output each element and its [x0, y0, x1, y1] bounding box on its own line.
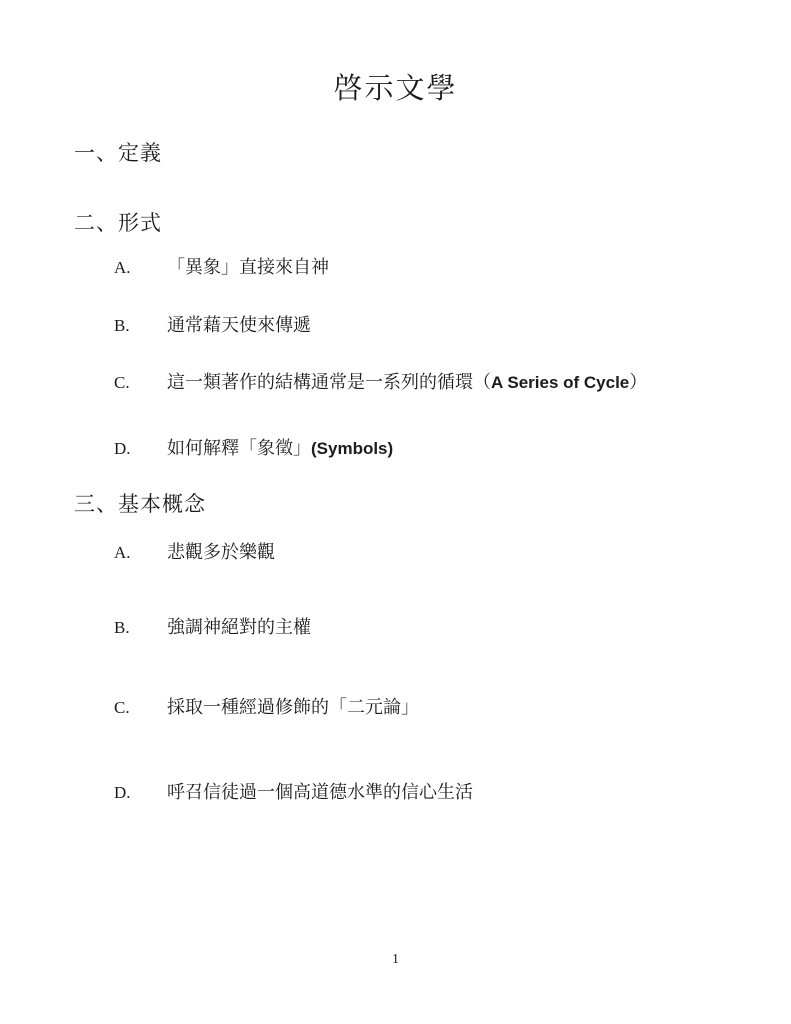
item-text-cjk: ） — [629, 372, 647, 392]
item-text: 這一類著作的結構通常是一系列的循環（A Series of Cycle） — [167, 372, 647, 392]
item-marker: A. — [114, 258, 167, 278]
outline-item: C.採取一種經過修飾的「二元論」 — [114, 693, 419, 719]
item-marker: C. — [114, 373, 167, 393]
item-text: 通常藉天使來傳遞 — [167, 315, 311, 335]
item-marker: A. — [114, 543, 167, 563]
section-heading-basic-concepts: 三、基本概念 — [74, 488, 206, 518]
item-marker: B. — [114, 618, 167, 638]
item-text-latin: (Symbols) — [311, 439, 393, 458]
outline-item: A.悲觀多於樂觀 — [114, 538, 275, 564]
outline-item: D.呼召信徒過一個高道德水準的信心生活 — [114, 778, 473, 804]
item-marker: B. — [114, 316, 167, 336]
section-heading-form: 二、形式 — [74, 207, 162, 237]
document-page: 啓示文學 一、定義 二、形式 A.「異象」直接來自神 B.通常藉天使來傳遞 C.… — [0, 0, 791, 1024]
item-text-cjk: 這一類著作的結構通常是一系列的循環（ — [167, 372, 491, 392]
item-text: 呼召信徒過一個高道德水準的信心生活 — [167, 782, 473, 802]
page-number: 1 — [0, 952, 791, 968]
item-marker: C. — [114, 698, 167, 718]
item-marker: D. — [114, 439, 167, 459]
item-text: 強調神絕對的主權 — [167, 617, 311, 637]
item-text: 採取一種經過修飾的「二元論」 — [167, 697, 419, 717]
item-text: 悲觀多於樂觀 — [167, 542, 275, 562]
outline-item: B.強調神絕對的主權 — [114, 613, 311, 639]
item-text-cjk: 如何解釋「象徵」 — [167, 438, 311, 458]
outline-item: B.通常藉天使來傳遞 — [114, 311, 311, 337]
outline-item: A.「異象」直接來自神 — [114, 253, 329, 279]
item-text: 「異象」直接來自神 — [167, 257, 329, 277]
item-text-latin: A Series of Cycle — [491, 373, 629, 392]
section-heading-definition: 一、定義 — [74, 137, 162, 167]
document-title: 啓示文學 — [0, 66, 791, 107]
item-marker: D. — [114, 783, 167, 803]
item-text: 如何解釋「象徵」(Symbols) — [167, 438, 393, 458]
outline-item: D.如何解釋「象徵」(Symbols) — [114, 434, 393, 460]
outline-item: C.這一類著作的結構通常是一系列的循環（A Series of Cycle） — [114, 368, 647, 394]
